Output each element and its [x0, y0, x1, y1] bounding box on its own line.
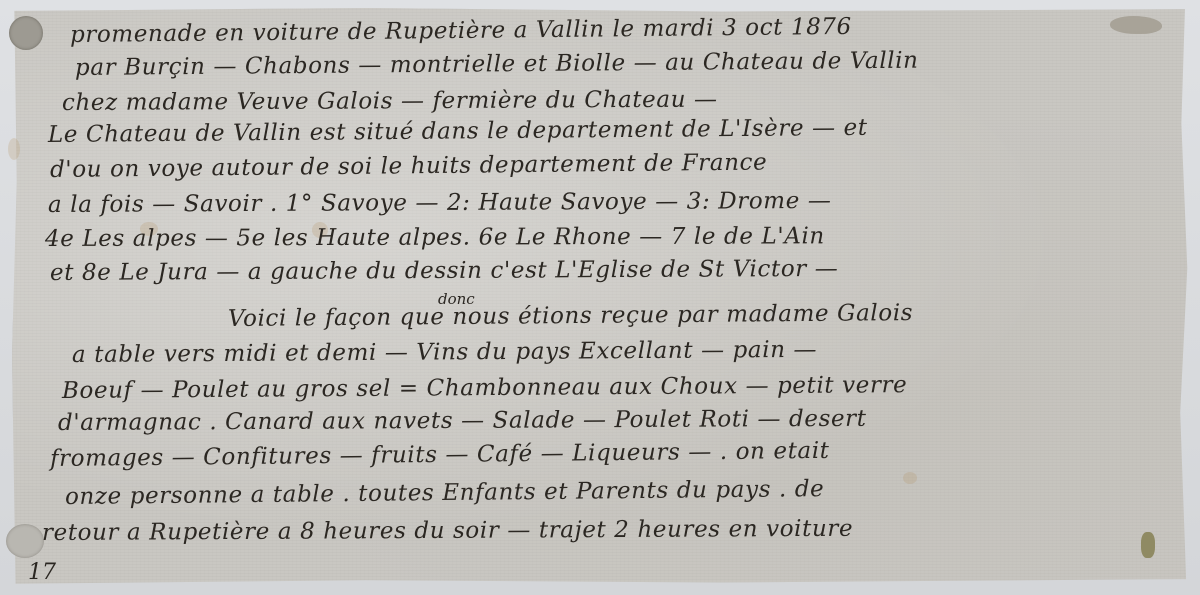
handwritten-line-15: retour a Rupetière a 8 heures du soir — …: [42, 516, 853, 546]
foxing-spot: [903, 472, 917, 484]
pin-hole-top-left: [9, 16, 43, 50]
glue-stain-top-right: [1110, 16, 1162, 34]
handwritten-line-3: chez madame Veuve Galois — fermière du C…: [62, 87, 718, 116]
glue-stain-bottom-right: [1141, 532, 1155, 558]
page-number: 17: [28, 560, 56, 585]
foxing-spot: [8, 138, 20, 160]
handwritten-line-12: d'armagnac . Canard aux navets — Salade …: [58, 406, 867, 436]
handwritten-line-6: a la fois — Savoir . 1° Savoye — 2: Haut…: [48, 188, 832, 218]
handwritten-line-8: et 8e Le Jura — a gauche du dessin c'est…: [50, 256, 838, 286]
handwritten-line-10: a table vers midi et demi — Vins du pays…: [72, 337, 817, 368]
handwritten-line-7: 4e Les alpes — 5e les Haute alpes. 6e Le…: [45, 223, 825, 252]
pin-hole-bottom-left: [6, 524, 44, 558]
